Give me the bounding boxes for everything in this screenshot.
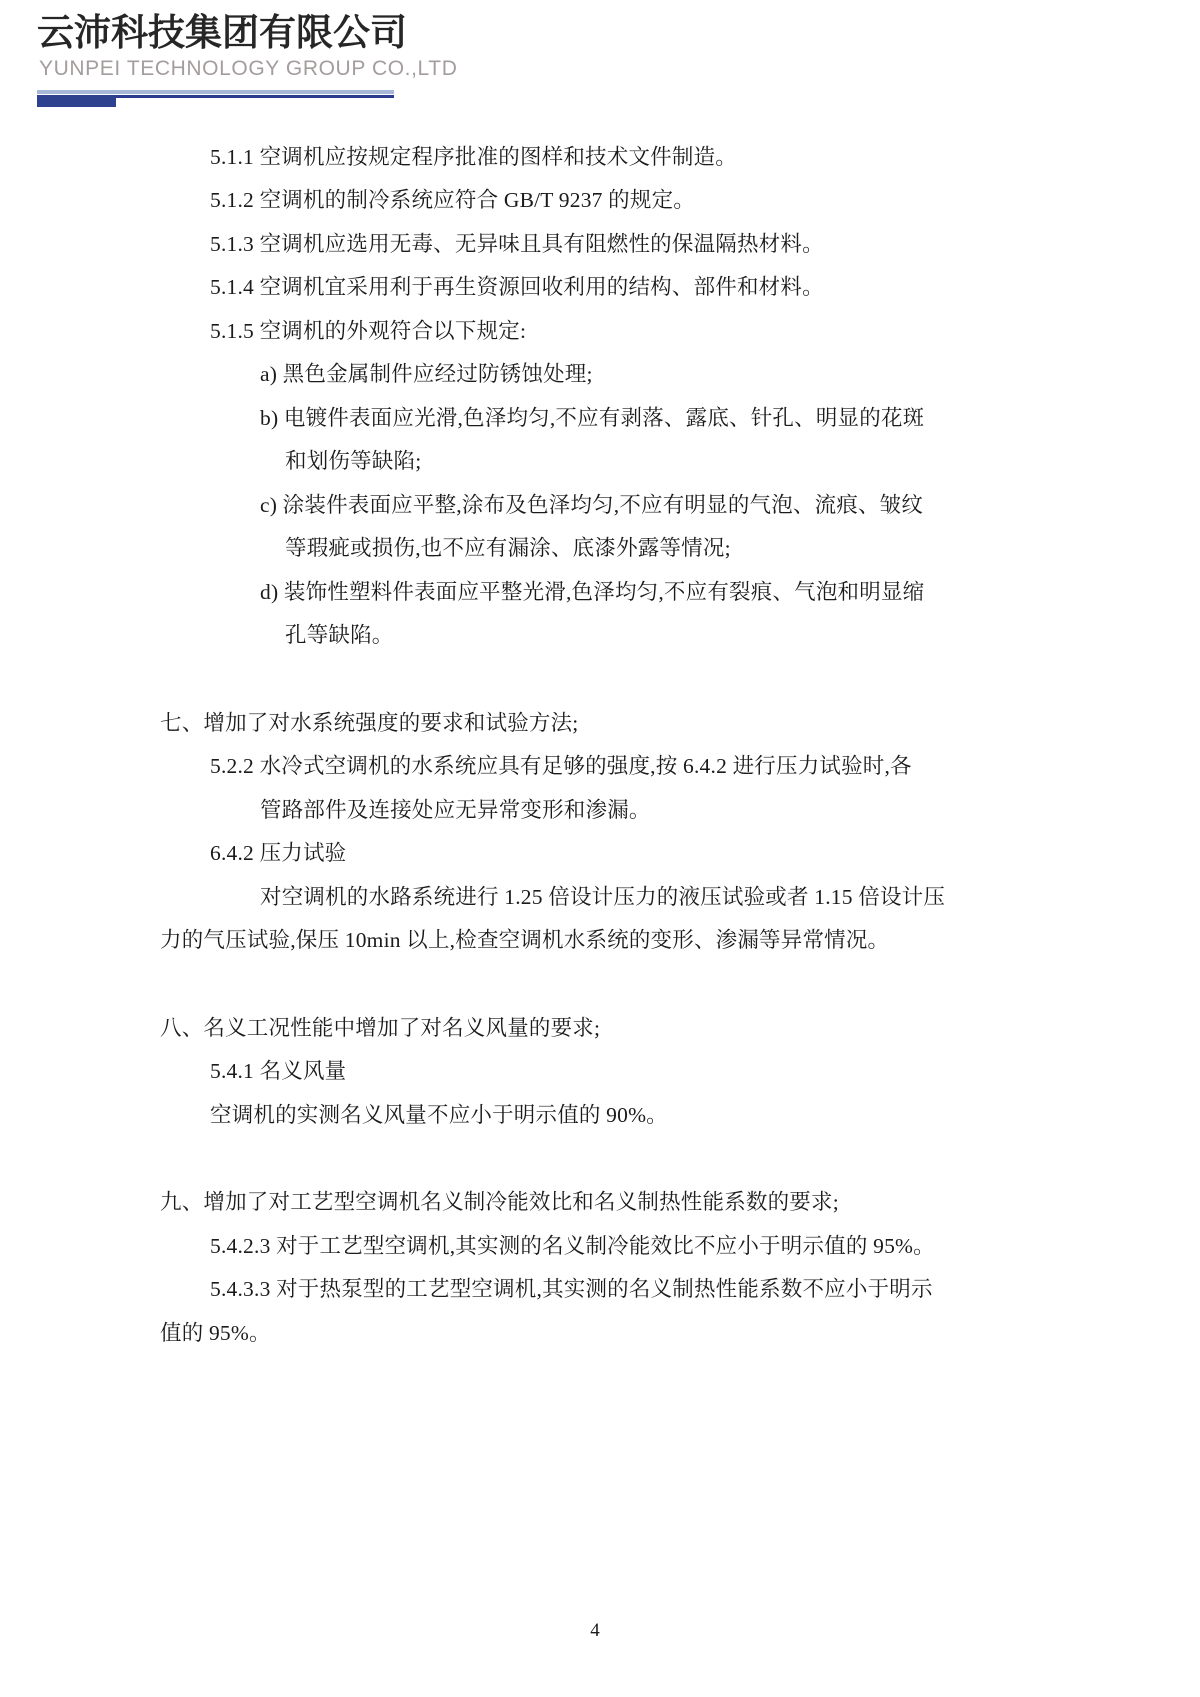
text-line: b) 电镀件表面应光滑,色泽均匀,不应有剥落、露底、针孔、明显的花斑 xyxy=(260,396,924,440)
text-line: 和划伤等缺陷; xyxy=(285,439,421,483)
text-line: 5.4.3.3 对于热泵型的工艺型空调机,其实测的名义制热性能系数不应小于明示 xyxy=(210,1267,933,1311)
text-line: c) 涂装件表面应平整,涂布及色泽均匀,不应有明显的气泡、流痕、皱纹 xyxy=(260,483,923,527)
text-line: 孔等缺陷。 xyxy=(285,613,394,657)
text-line: 5.1.4 空调机宜采用利于再生资源回收利用的结构、部件和材料。 xyxy=(210,265,824,309)
text-line: 6.4.2 压力试验 xyxy=(210,831,346,875)
text-line: 5.1.1 空调机应按规定程序批准的图样和技术文件制造。 xyxy=(210,135,737,179)
letterhead-accent-block xyxy=(37,95,116,107)
text-line: 值的 95%。 xyxy=(160,1311,271,1355)
letterhead-rule-light xyxy=(37,90,394,94)
section-heading: 九、增加了对工艺型空调机名义制冷能效比和名义制热性能系数的要求; xyxy=(160,1180,839,1224)
section-heading: 七、增加了对水系统强度的要求和试验方法; xyxy=(160,701,578,745)
text-line: 5.1.3 空调机应选用无毒、无异味且具有阻燃性的保温隔热材料。 xyxy=(210,222,824,266)
text-line: 5.2.2 水冷式空调机的水系统应具有足够的强度,按 6.4.2 进行压力试验时… xyxy=(210,744,912,788)
company-name-english: YUNPEI TECHNOLOGY GROUP CO.,LTD xyxy=(39,57,457,81)
company-name-chinese: 云沛科技集团有限公司 xyxy=(37,12,407,53)
text-line: 管路部件及连接处应无异常变形和渗漏。 xyxy=(260,788,651,832)
document-page: 云沛科技集团有限公司 YUNPEI TECHNOLOGY GROUP CO.,L… xyxy=(0,0,1200,1697)
text-line: 对空调机的水路系统进行 1.25 倍设计压力的液压试验或者 1.15 倍设计压 xyxy=(260,875,945,919)
text-line: a) 黑色金属制件应经过防锈蚀处理; xyxy=(260,352,593,396)
page-number: 4 xyxy=(0,1620,1190,1642)
text-line: 力的气压试验,保压 10min 以上,检查空调机水系统的变形、渗漏等异常情况。 xyxy=(160,918,889,962)
text-line: 5.1.5 空调机的外观符合以下规定: xyxy=(210,309,526,353)
text-line: d) 装饰性塑料件表面应平整光滑,色泽均匀,不应有裂痕、气泡和明显缩 xyxy=(260,570,924,614)
text-line: 5.4.2.3 对于工艺型空调机,其实测的名义制冷能效比不应小于明示值的 95%… xyxy=(210,1224,935,1268)
text-line: 等瑕疵或损伤,也不应有漏涂、底漆外露等情况; xyxy=(285,526,731,570)
text-line: 5.1.2 空调机的制冷系统应符合 GB/T 9237 的规定。 xyxy=(210,178,695,222)
section-heading: 八、名义工况性能中增加了对名义风量的要求; xyxy=(160,1006,600,1050)
text-line: 5.4.1 名义风量 xyxy=(210,1049,346,1093)
text-line: 空调机的实测名义风量不应小于明示值的 90%。 xyxy=(210,1093,668,1137)
